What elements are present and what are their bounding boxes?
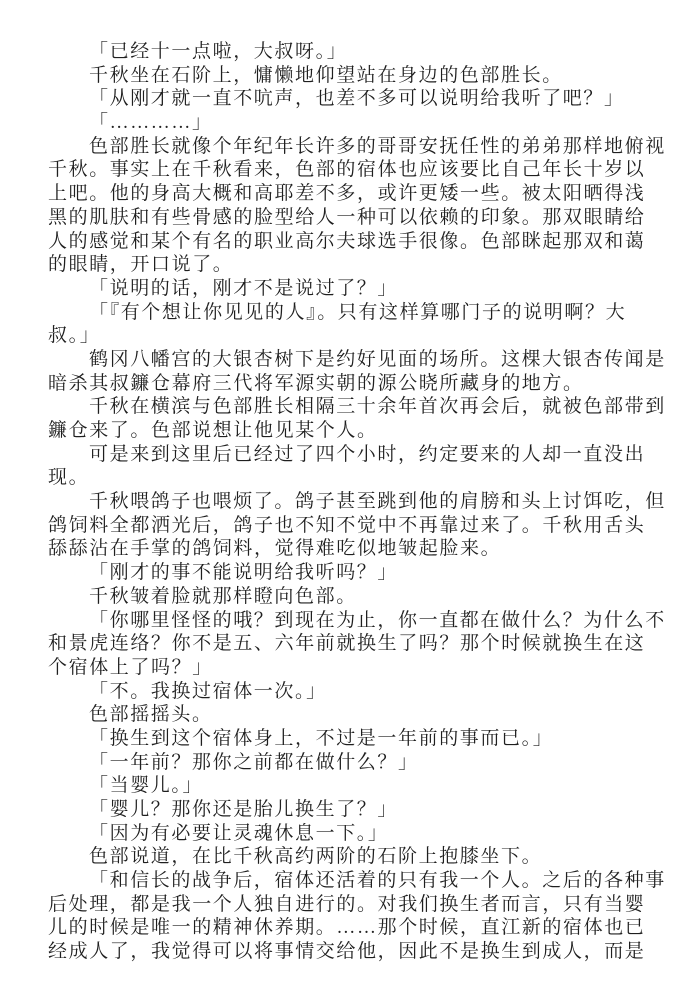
text-line: 千秋在横滨与色部胜长相隔三十余年首次再会后，就被色部带到 — [48, 395, 664, 419]
text-line: 儿的时候是唯一的精神休养期。……那个时候，直江新的宿体也已 — [48, 916, 664, 940]
text-line: 可是来到这里后已经过了四个小时，约定要来的人却一直没出 — [48, 443, 664, 467]
text-line: 「和信长的战争后，宿体还活着的只有我一个人。之后的各种事 — [48, 869, 664, 893]
text-line: 黑的肌肤和有些骨感的脸型给人一种可以依赖的印象。那双眼睛给 — [48, 206, 664, 230]
text-line: 鸽饲料全都洒光后，鸽子也不知不觉中不再靠过来了。千秋用舌头 — [48, 514, 664, 538]
text-line: 「…………」 — [48, 111, 664, 135]
text-line: 和景虎连络？你不是五、六年前就换生了吗？那个时候就换生在这 — [48, 632, 664, 656]
text-line: 千秋。事实上在千秋看来，色部的宿体也应该要比自己年长十岁以 — [48, 158, 664, 182]
text-line: 的眼睛，开口说了。 — [48, 253, 664, 277]
text-line: 「已经十一点啦，大叔呀。」 — [48, 40, 664, 64]
text-line: 色部说道，在比千秋高约两阶的石阶上抱膝坐下。 — [48, 845, 664, 869]
text-line: 「『有个想让你见见的人』。只有这样算哪门子的说明啊？大 — [48, 301, 664, 325]
text-line: 后处理，都是我一个人独自进行的。对我们换生者而言，只有当婴 — [48, 893, 664, 917]
text-line: 「不。我换过宿体一次。」 — [48, 680, 664, 704]
text-line: 色部胜长就像个年纪年长许多的哥哥安抚任性的弟弟那样地俯视 — [48, 135, 664, 159]
text-line: 暗杀其叔鐮仓幕府三代将军源实朝的源公晓所藏身的地方。 — [48, 372, 664, 396]
text-line: 个宿体上了吗？」 — [48, 656, 664, 680]
text-line: 千秋皱着脸就那样瞪向色部。 — [48, 585, 664, 609]
text-line: 色部摇摇头。 — [48, 703, 664, 727]
text-line: 叔。」 — [48, 324, 664, 348]
text-line: 「你哪里怪怪的哦？到现在为止，你一直都在做什么？为什么不 — [48, 609, 664, 633]
text-line: 千秋喂鸽子也喂烦了。鸽子甚至跳到他的肩膀和头上讨饵吃，但 — [48, 490, 664, 514]
novel-page: 「已经十一点啦，大叔呀。」千秋坐在石阶上，慵懒地仰望站在身边的色部胜长。「从刚才… — [0, 0, 700, 993]
text-line: 「刚才的事不能说明给我听吗？」 — [48, 561, 664, 585]
text-line: 经成人了，我觉得可以将事情交给他，因此不是换生到成人，而是 — [48, 940, 664, 964]
text-line: 「从刚才就一直不吭声，也差不多可以说明给我听了吧？」 — [48, 87, 664, 111]
text-line: 现。 — [48, 466, 664, 490]
text-line: 上吧。他的身高大概和高耶差不多，或许更矮一些。被太阳晒得浅 — [48, 182, 664, 206]
text-line: 「一年前？那你之前都在做什么？」 — [48, 751, 664, 775]
text-line: 「说明的话，刚才不是说过了？」 — [48, 277, 664, 301]
text-line: 「换生到这个宿体身上，不过是一年前的事而已。」 — [48, 727, 664, 751]
text-line: 「因为有必要让灵魂休息一下。」 — [48, 822, 664, 846]
page-text: 「已经十一点啦，大叔呀。」千秋坐在石阶上，慵懒地仰望站在身边的色部胜长。「从刚才… — [48, 40, 664, 964]
text-line: 「当婴儿。」 — [48, 774, 664, 798]
text-line: 鹤冈八幡宫的大银杏树下是约好见面的场所。这棵大银杏传闻是 — [48, 348, 664, 372]
text-line: 千秋坐在石阶上，慵懒地仰望站在身边的色部胜长。 — [48, 64, 664, 88]
text-line: 舔舔沾在手掌的鸽饲料，觉得难吃似地皱起脸来。 — [48, 537, 664, 561]
text-line: 人的感觉和某个有名的职业高尔夫球选手很像。色部眯起那双和蔼 — [48, 230, 664, 254]
text-line: 「婴儿？那你还是胎儿换生了？」 — [48, 798, 664, 822]
text-line: 鐮仓来了。色部说想让他见某个人。 — [48, 419, 664, 443]
